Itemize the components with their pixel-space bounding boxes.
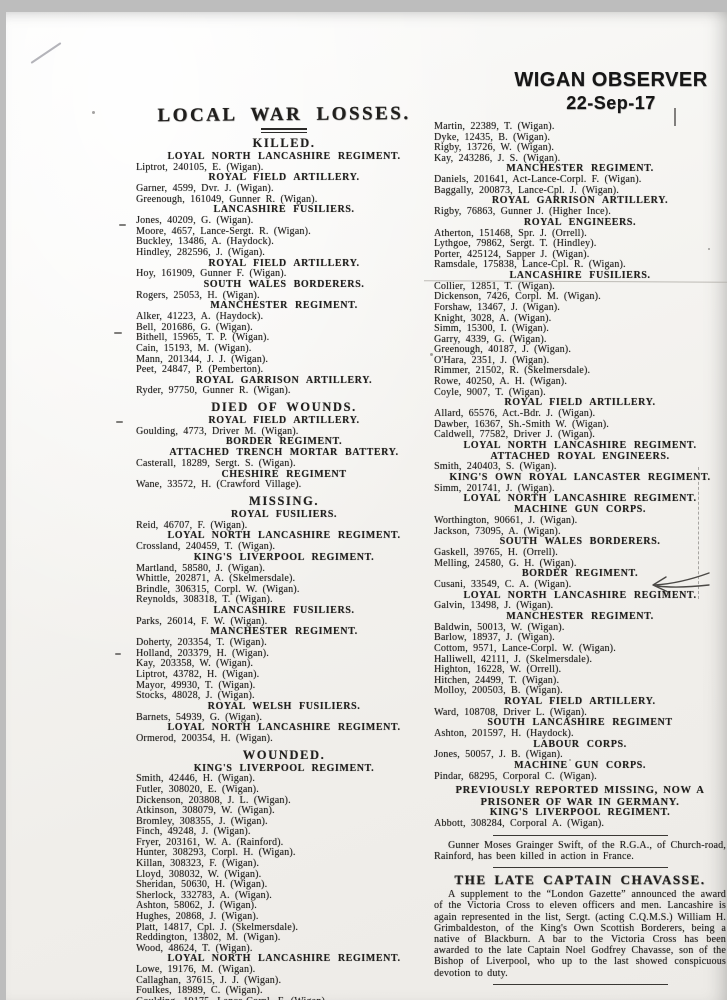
casualty-entry: Martin, 22389, T. (Wigan). bbox=[434, 122, 726, 133]
regiment-heading: ROYAL WELSH FUSILIERS. bbox=[136, 702, 432, 713]
regiment-heading: LOYAL NORTH LANCASHIRE REGIMENT. bbox=[434, 441, 726, 452]
notice-heading: PREVIOUSLY REPORTED MISSING, NOW A PRISO… bbox=[434, 785, 726, 808]
page-title: LOCAL WAR LOSSES. bbox=[136, 103, 432, 128]
divider bbox=[493, 984, 668, 985]
news-paragraph: Gunner Moses Grainger Swift, of the R.G.… bbox=[434, 840, 726, 862]
margin-mark bbox=[116, 421, 123, 423]
section-heading: KILLED. bbox=[136, 137, 432, 150]
section-heading: MISSING. bbox=[136, 495, 432, 508]
ink-speck bbox=[92, 111, 95, 114]
ink-speck bbox=[569, 759, 571, 761]
casualty-entry: Hindley, 282596, J. (Wigan). bbox=[136, 248, 432, 259]
title-underline bbox=[261, 128, 307, 133]
news-paragraph: A supplement to the “London Gazette” ann… bbox=[434, 889, 726, 979]
casualty-entry: Gaskell, 39765, H. (Orrell). bbox=[434, 548, 726, 559]
ink-speck bbox=[708, 248, 710, 250]
margin-mark bbox=[115, 653, 121, 655]
casualty-entry: Worthington, 90661, J. (Wigan). bbox=[434, 516, 726, 527]
casualty-entry: Ryder, 97750, Gunner R. (Wigan). bbox=[136, 386, 432, 397]
margin-mark bbox=[119, 224, 126, 226]
divider bbox=[493, 835, 668, 836]
casualty-entry: Ormerod, 200354, H. (Wigan). bbox=[136, 734, 432, 745]
casualty-entry: Liptrot, 43782, H. (Wigan). bbox=[136, 670, 432, 681]
stamp-publication: WIGAN OBSERVER bbox=[504, 69, 718, 92]
section-heading: WOUNDED. bbox=[136, 749, 432, 762]
stamp-date: 22-Sep-17 bbox=[504, 92, 718, 114]
casualty-entry: Pindar, 68295, Corporal C. (Wigan). bbox=[434, 772, 726, 783]
margin-mark bbox=[114, 332, 122, 334]
edge-tick-mark bbox=[674, 108, 676, 126]
date-stamp: WIGAN OBSERVER 22-Sep-17 bbox=[504, 69, 718, 114]
casualty-entry: Cain, 15193, M. (Wigan). bbox=[136, 344, 432, 355]
casualty-entry: Forshaw, 13467, J. (Wigan). bbox=[434, 303, 726, 314]
left-arrow-pen-icon bbox=[649, 568, 711, 609]
casualty-entry: Cottom, 9571, Lance-Corpl. W. (Wigan). bbox=[434, 644, 726, 655]
ink-speck bbox=[430, 353, 433, 356]
casualty-entry: Wane, 33572, H. (Crawford Village). bbox=[136, 480, 432, 491]
right-column: Martin, 22389, T. (Wigan).Dyke, 12435, B… bbox=[434, 122, 726, 989]
pencil-corner-mark bbox=[31, 42, 62, 64]
divider bbox=[493, 867, 668, 868]
regiment-heading: KING'S LIVERPOOL REGIMENT. bbox=[136, 553, 432, 564]
scanned-newspaper-page: { "stamp": { "publication": "WIGAN OBSER… bbox=[0, 0, 727, 1000]
newspaper-page: WIGAN OBSERVER 22-Sep-17 LOCAL WAR LOSSE… bbox=[6, 12, 727, 1000]
article-title: THE LATE CAPTAIN CHAVASSE. bbox=[434, 873, 726, 887]
casualty-entry: Futler, 308020, E. (Wigan). bbox=[136, 785, 432, 796]
regiment-heading: ROYAL ENGINEERS. bbox=[434, 218, 726, 229]
casualty-entry: Abbott, 308284, Corporal A. (Wigan). bbox=[434, 819, 726, 830]
left-column: LOCAL WAR LOSSES.KILLED.LOYAL NORTH LANC… bbox=[136, 104, 432, 1000]
section-heading: DIED OF WOUNDS. bbox=[136, 401, 432, 414]
